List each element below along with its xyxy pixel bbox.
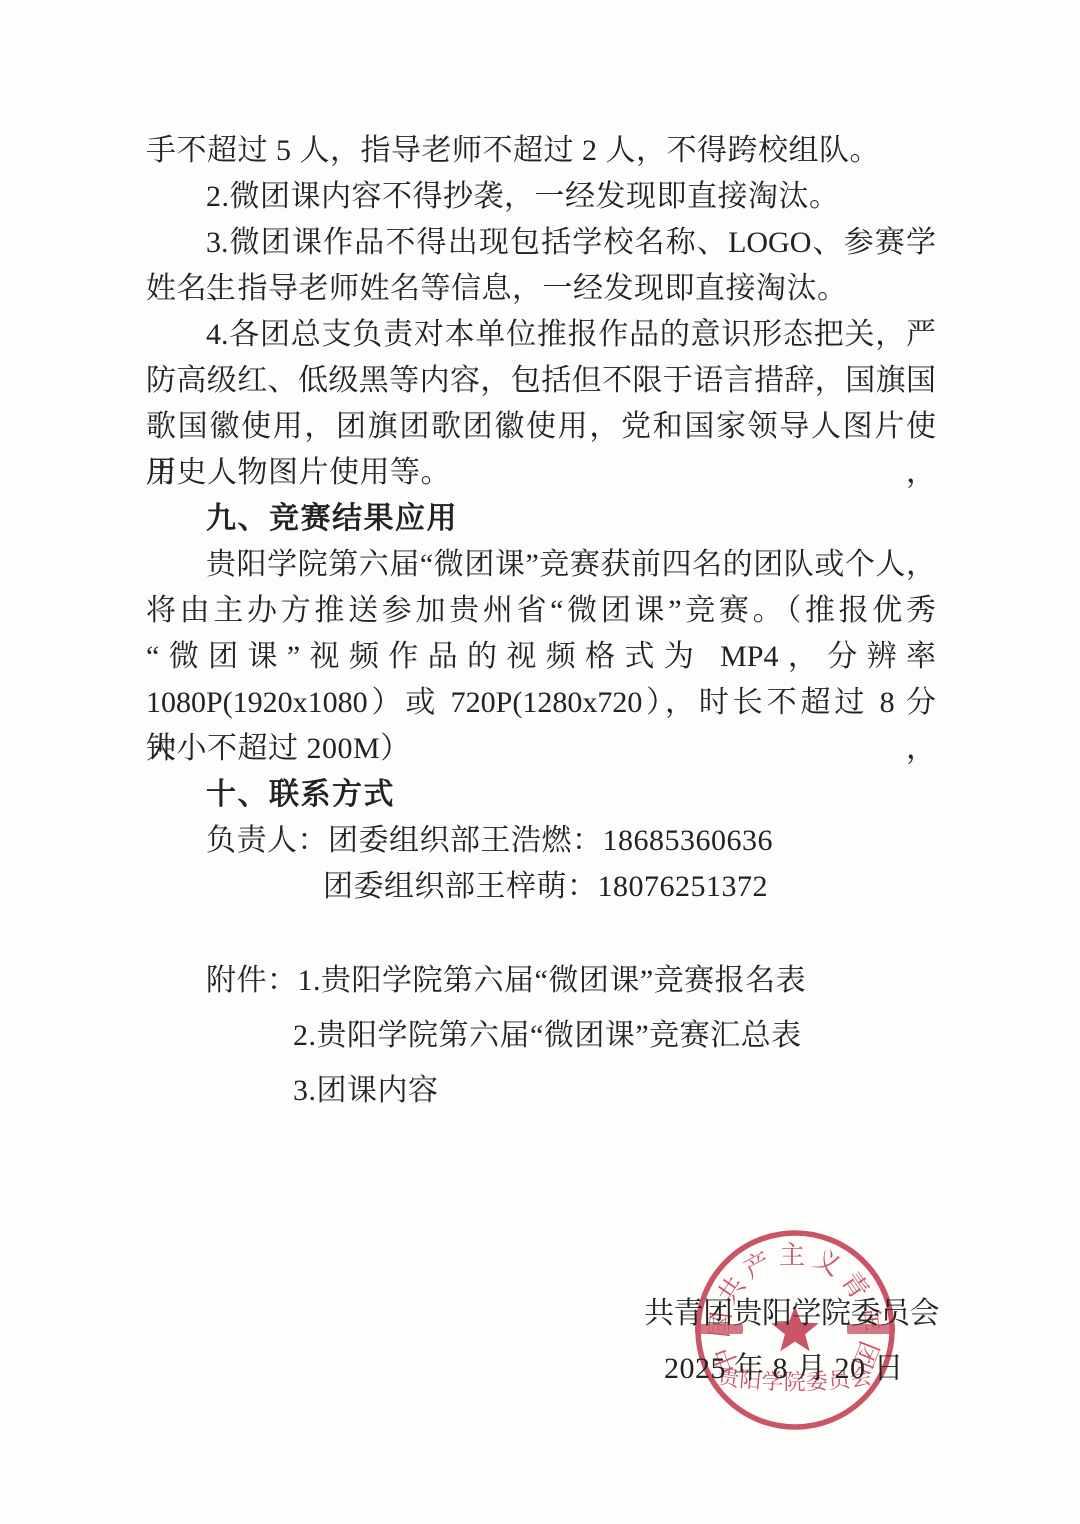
- text-line: 3.微团课作品不得出现包括学校名称、LOGO、参赛学生: [146, 220, 936, 266]
- text-line: 3.团课内容: [146, 1063, 936, 1118]
- signature-date: 2025 年 8 月 20 日: [664, 1343, 904, 1387]
- text-line: 1080P(1920x1080）或 720P(1280x720），时长不超过 8…: [146, 680, 936, 726]
- text-line: 4.各团总支负责对本单位推报作品的意识形态把关，严: [146, 312, 936, 358]
- text-line: 将由主办方推送参加贵州省“微团课”竞赛。（推报优秀: [146, 588, 936, 634]
- text-line: 2.贵阳学院第六届“微团课”竞赛汇总表: [146, 1008, 936, 1063]
- text-line: 防高级红、低级黑等内容，包括但不限于语言措辞，国旗国: [146, 358, 936, 404]
- section-heading: 九、竞赛结果应用: [146, 496, 936, 542]
- document-body: 手不超过 5 人，指导老师不超过 2 人，不得跨校组队。2.微团课内容不得抄袭，…: [146, 128, 936, 910]
- attachments-block: 附件：1.贵阳学院第六届“微团课”竞赛报名表2.贵阳学院第六届“微团课”竞赛汇总…: [146, 953, 936, 1118]
- section-heading: 十、联系方式: [146, 772, 936, 818]
- text-line: 2.微团课内容不得抄袭，一经发现即直接淘汰。: [146, 174, 936, 220]
- text-line: 团委组织部王梓萌：18076251372: [146, 864, 936, 910]
- text-line: 负责人：团委组织部王浩燃：18685360636: [146, 818, 936, 864]
- text-line: “微团课”视频作品的视频格式为 MP4，分辨率: [146, 634, 936, 680]
- text-line: 手不超过 5 人，指导老师不超过 2 人，不得跨校组队。: [146, 128, 936, 174]
- text-line: 姓名、指导老师姓名等信息，一经发现即直接淘汰。: [146, 266, 936, 312]
- scanned-document-page: 手不超过 5 人，指导老师不超过 2 人，不得跨校组队。2.微团课内容不得抄袭，…: [0, 0, 1080, 1524]
- text-line: 贵阳学院第六届“微团课”竞赛获前四名的团队或个人，: [146, 542, 936, 588]
- text-line: 歌国徽使用，团旗团歌团徽使用，党和国家领导人图片使用，: [146, 404, 936, 450]
- text-line: 附件：1.贵阳学院第六届“微团课”竞赛报名表: [146, 953, 936, 1008]
- signature-org: 共青团贵阳学院委员会: [644, 1288, 939, 1332]
